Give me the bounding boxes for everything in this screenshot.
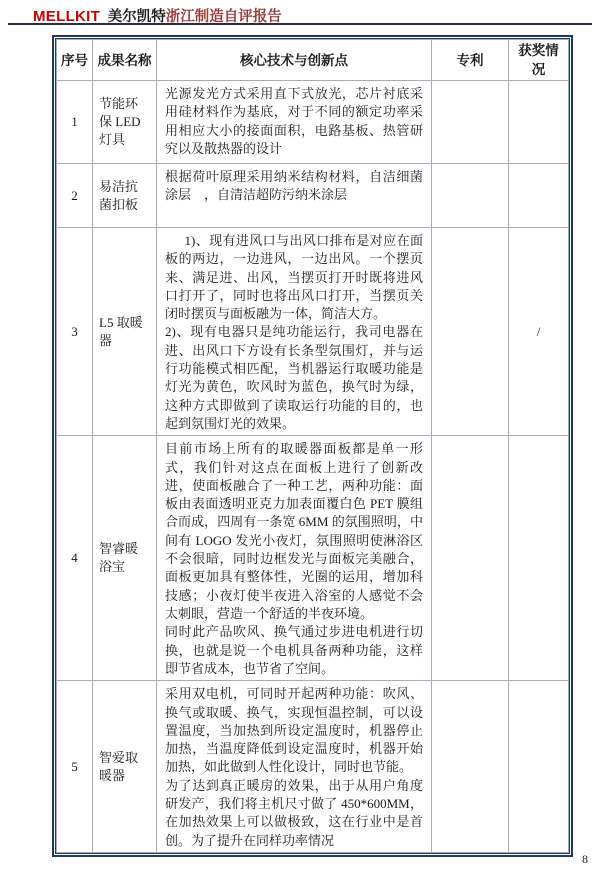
achievement-name: L5 取暖器 xyxy=(93,228,157,436)
core-tech-paragraph: 为了达到真正暖房的效果，出于从用户角度研发产，我们将主机尺寸做了 450*600… xyxy=(165,777,423,850)
col-header-award: 获奖情况 xyxy=(509,40,569,81)
core-tech-paragraph: 光源发光方式采用直下式放光，芯片衬底采用硅材料作为基底，对于不同的额定功率采用相… xyxy=(165,85,423,158)
col-header-core-tech: 核心技术与创新点 xyxy=(157,40,432,81)
table-row: 4 智睿暖浴宝 目前市场上所有的取暖器面板都是单一形式，我们针对这点在面板上进行… xyxy=(57,436,569,681)
achievement-name: 易洁抗菌扣板 xyxy=(93,164,157,228)
table-row: 1 节能环保 LED 灯具 光源发光方式采用直下式放光，芯片衬底采用硅材料作为基… xyxy=(57,81,569,164)
achievement-name: 智睿暖浴宝 xyxy=(93,436,157,681)
core-tech-cell: 采用双电机，可同时开起两种功能：吹风、换气或取暖、换气，实现恒温控制，可以设置温… xyxy=(157,681,432,853)
col-header-index: 序号 xyxy=(57,40,93,81)
achievements-table-frame: 序号 成果名称 核心技术与创新点 专利 获奖情况 1 节能环保 LED 灯具 光… xyxy=(52,35,573,857)
core-tech-cell: 根据荷叶原理采用纳米结构材料，自洁细菌涂层 ，自清洁超防污纳米涂层 xyxy=(157,164,432,228)
patent-cell xyxy=(432,681,509,853)
core-tech-paragraph: 采用双电机，可同时开起两种功能：吹风、换气或取暖、换气，实现恒温控制，可以设置温… xyxy=(165,685,423,776)
award-cell xyxy=(509,164,569,228)
award-cell xyxy=(509,436,569,681)
row-index: 2 xyxy=(57,164,93,228)
core-tech-paragraph: 目前市场上所有的取暖器面板都是单一形式，我们针对这点在面板上进行了创新改进，使面… xyxy=(165,440,423,623)
achievements-table-inner-frame: 序号 成果名称 核心技术与创新点 专利 获奖情况 1 节能环保 LED 灯具 光… xyxy=(55,38,570,854)
col-header-patent: 专利 xyxy=(432,40,509,81)
table-row: 5 智爱取暖器 采用双电机，可同时开起两种功能：吹风、换气或取暖、换气，实现恒温… xyxy=(57,681,569,853)
core-tech-paragraph: 2)、现有电器只是纯功能运行，我司电器在进、出风口下方设有长条型氛围灯，并与运行… xyxy=(165,323,423,433)
row-index: 5 xyxy=(57,681,93,853)
achievements-table: 序号 成果名称 核心技术与创新点 专利 获奖情况 1 节能环保 LED 灯具 光… xyxy=(56,39,569,853)
patent-cell xyxy=(432,436,509,681)
core-tech-cell: 目前市场上所有的取暖器面板都是单一形式，我们针对这点在面板上进行了创新改进，使面… xyxy=(157,436,432,681)
patent-cell xyxy=(432,81,509,164)
row-index: 3 xyxy=(57,228,93,436)
core-tech-cell: 光源发光方式采用直下式放光，芯片衬底采用硅材料作为基底，对于不同的额定功率采用相… xyxy=(157,81,432,164)
award-cell xyxy=(509,81,569,164)
table-row: 3 L5 取暖器 1)、现有进风口与出风口排布是对应在面板的两边，一边进风，一边… xyxy=(57,228,569,436)
patent-cell xyxy=(432,228,509,436)
core-tech-paragraph: 根据荷叶原理采用纳米结构材料，自洁细菌涂层 ，自清洁超防污纳米涂层 xyxy=(165,168,423,205)
page-number: 8 xyxy=(582,852,588,867)
core-tech-paragraph: 1)、现有进风口与出风口排布是对应在面板的两边，一边进风，一边出风。一个摆页来、… xyxy=(165,232,423,323)
award-cell: / xyxy=(509,228,569,436)
achievement-name: 节能环保 LED 灯具 xyxy=(93,81,157,164)
header-divider xyxy=(8,23,592,25)
core-tech-paragraph: 同时此产品吹风、换气通过步进电机进行切换，也就是说一个电机具备两种功能，这样即节… xyxy=(165,623,423,678)
row-index: 4 xyxy=(57,436,93,681)
patent-cell xyxy=(432,164,509,228)
row-index: 1 xyxy=(57,81,93,164)
table-header-row: 序号 成果名称 核心技术与创新点 专利 获奖情况 xyxy=(57,40,569,81)
core-tech-cell: 1)、现有进风口与出风口排布是对应在面板的两边，一边进风，一边出风。一个摆页来、… xyxy=(157,228,432,436)
award-cell xyxy=(509,681,569,853)
table-row: 2 易洁抗菌扣板 根据荷叶原理采用纳米结构材料，自洁细菌涂层 ，自清洁超防污纳米… xyxy=(57,164,569,228)
achievement-name: 智爱取暖器 xyxy=(93,681,157,853)
col-header-achievement-name: 成果名称 xyxy=(93,40,157,81)
